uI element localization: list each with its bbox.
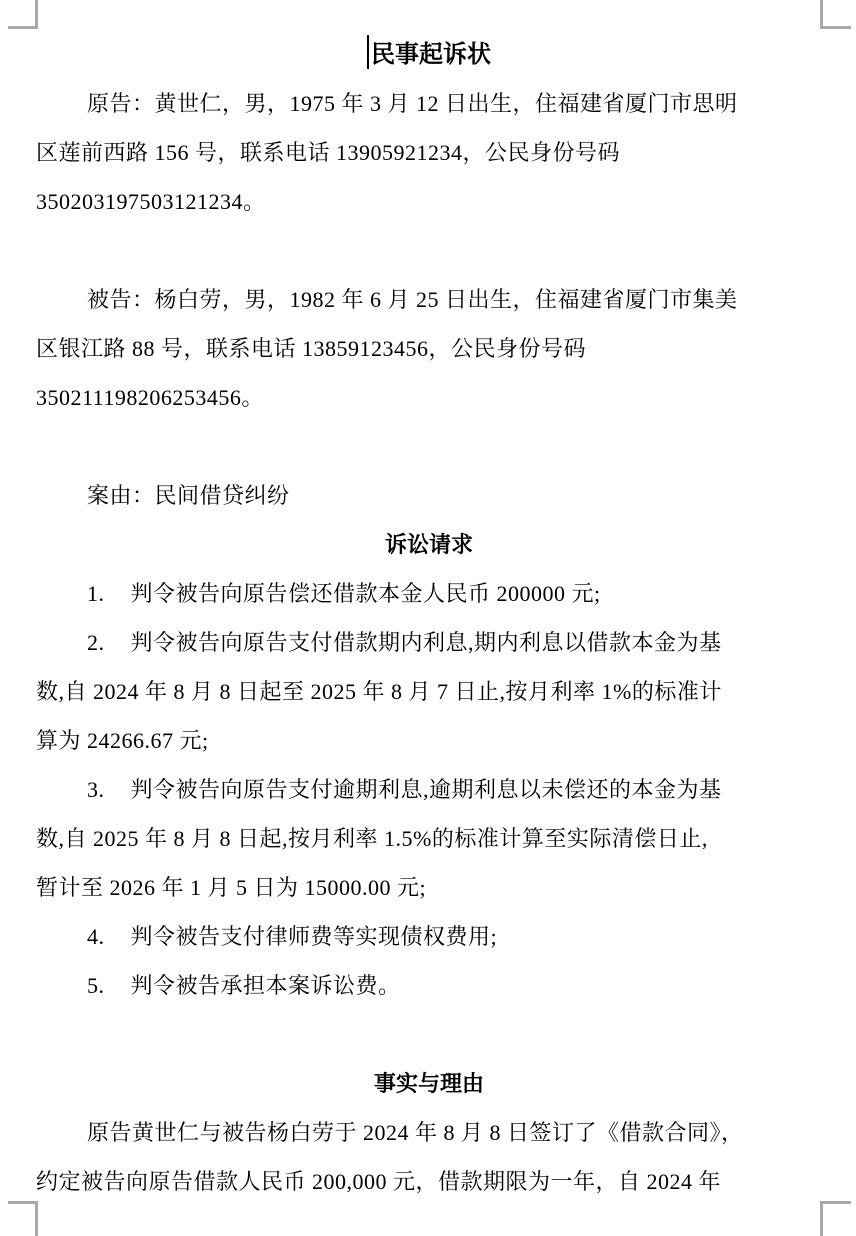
claim-first-line[interactable]: 4.判令被告支付律师费等实现债权费用; bbox=[36, 912, 822, 961]
crop-mark-top-left bbox=[8, 26, 38, 29]
crop-mark-bottom-right bbox=[820, 1201, 851, 1204]
text-line[interactable]: 原告：黄世仁，男，1975 年 3 月 12 日出生，住福建省厦门市思明 bbox=[36, 79, 822, 128]
claim-item[interactable]: 5.判令被告承担本案诉讼费。 bbox=[36, 961, 822, 1010]
text-line[interactable]: 被告：杨白劳，男，1982 年 6 月 25 日出生，住福建省厦门市集美 bbox=[36, 275, 822, 324]
claim-text[interactable]: 判令被告向原告支付借款期内利息,期内利息以借款本金为基 bbox=[131, 630, 722, 655]
crop-mark-top-right bbox=[820, 26, 851, 29]
blank-line bbox=[36, 422, 822, 471]
claim-number: 2. bbox=[87, 618, 105, 667]
crop-mark-top-left bbox=[35, 0, 38, 29]
text-line[interactable]: 区莲前西路 156 号，联系电话 13905921234，公民身份号码 bbox=[36, 128, 822, 177]
crop-mark-bottom-right bbox=[820, 1201, 823, 1236]
document-title-text[interactable]: 民事起诉状 bbox=[371, 41, 491, 68]
plaintiff-paragraph[interactable]: 原告：黄世仁，男，1975 年 3 月 12 日出生，住福建省厦门市思明区莲前西… bbox=[36, 79, 822, 226]
claim-continuation-line[interactable]: 暂计至 2026 年 1 月 5 日为 15000.00 元; bbox=[36, 863, 822, 912]
claim-number: 5. bbox=[87, 961, 105, 1010]
claims-heading[interactable]: 诉讼请求 bbox=[36, 520, 822, 569]
facts-heading[interactable]: 事实与理由 bbox=[36, 1059, 822, 1108]
claim-first-line[interactable]: 3.判令被告向原告支付逾期利息,逾期利息以未偿还的本金为基 bbox=[36, 765, 822, 814]
claim-number: 3. bbox=[87, 765, 105, 814]
defendant-paragraph[interactable]: 被告：杨白劳，男，1982 年 6 月 25 日出生，住福建省厦门市集美区银江路… bbox=[36, 275, 822, 422]
claim-first-line[interactable]: 5.判令被告承担本案诉讼费。 bbox=[36, 961, 822, 1010]
crop-mark-bottom-left bbox=[8, 1201, 38, 1204]
claim-first-line[interactable]: 2.判令被告向原告支付借款期内利息,期内利息以借款本金为基 bbox=[36, 618, 822, 667]
text-line[interactable]: 350211198206253456。 bbox=[36, 373, 822, 422]
claim-item[interactable]: 2.判令被告向原告支付借款期内利息,期内利息以借款本金为基数,自 2024 年 … bbox=[36, 618, 822, 765]
text-line[interactable]: 原告黄世仁与被告杨白劳于 2024 年 8 月 8 日签订了《借款合同》， bbox=[36, 1108, 822, 1157]
claim-continuation-line[interactable]: 数,自 2024 年 8 月 8 日起至 2025 年 8 月 7 日止,按月利… bbox=[36, 667, 822, 716]
text-caret bbox=[367, 35, 369, 69]
blank-line bbox=[36, 226, 822, 275]
cause-line[interactable]: 案由：民间借贷纠纷 bbox=[36, 471, 822, 520]
claims-list[interactable]: 1.判令被告向原告偿还借款本金人民币 200000 元;2.判令被告向原告支付借… bbox=[36, 569, 822, 1010]
document-title[interactable]: 民事起诉状 bbox=[36, 30, 822, 79]
crop-mark-bottom-left bbox=[35, 1201, 38, 1236]
claim-number: 1. bbox=[87, 569, 105, 618]
document-body[interactable]: 民事起诉状 原告：黄世仁，男，1975 年 3 月 12 日出生，住福建省厦门市… bbox=[36, 30, 822, 1206]
claim-text[interactable]: 判令被告承担本案诉讼费。 bbox=[131, 973, 401, 998]
claim-text[interactable]: 判令被告支付律师费等实现债权费用; bbox=[131, 924, 498, 949]
text-line[interactable]: 区银江路 88 号，联系电话 13859123456，公民身份号码 bbox=[36, 324, 822, 373]
claim-continuation-line[interactable]: 数,自 2025 年 8 月 8 日起,按月利率 1.5%的标准计算至实际清偿日… bbox=[36, 814, 822, 863]
claim-item[interactable]: 1.判令被告向原告偿还借款本金人民币 200000 元; bbox=[36, 569, 822, 618]
text-line[interactable]: 350203197503121234。 bbox=[36, 177, 822, 226]
claim-item[interactable]: 3.判令被告向原告支付逾期利息,逾期利息以未偿还的本金为基数,自 2025 年 … bbox=[36, 765, 822, 912]
document-page: 民事起诉状 原告：黄世仁，男，1975 年 3 月 12 日出生，住福建省厦门市… bbox=[0, 0, 856, 1236]
claim-text[interactable]: 判令被告向原告支付逾期利息,逾期利息以未偿还的本金为基 bbox=[131, 777, 722, 802]
claim-number: 4. bbox=[87, 912, 105, 961]
claim-first-line[interactable]: 1.判令被告向原告偿还借款本金人民币 200000 元; bbox=[36, 569, 822, 618]
claim-item[interactable]: 4.判令被告支付律师费等实现债权费用; bbox=[36, 912, 822, 961]
claim-text[interactable]: 判令被告向原告偿还借款本金人民币 200000 元; bbox=[131, 581, 601, 606]
blank-line bbox=[36, 1010, 822, 1059]
crop-mark-top-right bbox=[820, 0, 823, 29]
text-line[interactable]: 约定被告向原告借款人民币 200,000 元，借款期限为一年，自 2024 年 bbox=[36, 1157, 822, 1206]
claim-continuation-line[interactable]: 算为 24266.67 元; bbox=[36, 716, 822, 765]
facts-paragraph[interactable]: 原告黄世仁与被告杨白劳于 2024 年 8 月 8 日签订了《借款合同》，约定被… bbox=[36, 1108, 822, 1206]
